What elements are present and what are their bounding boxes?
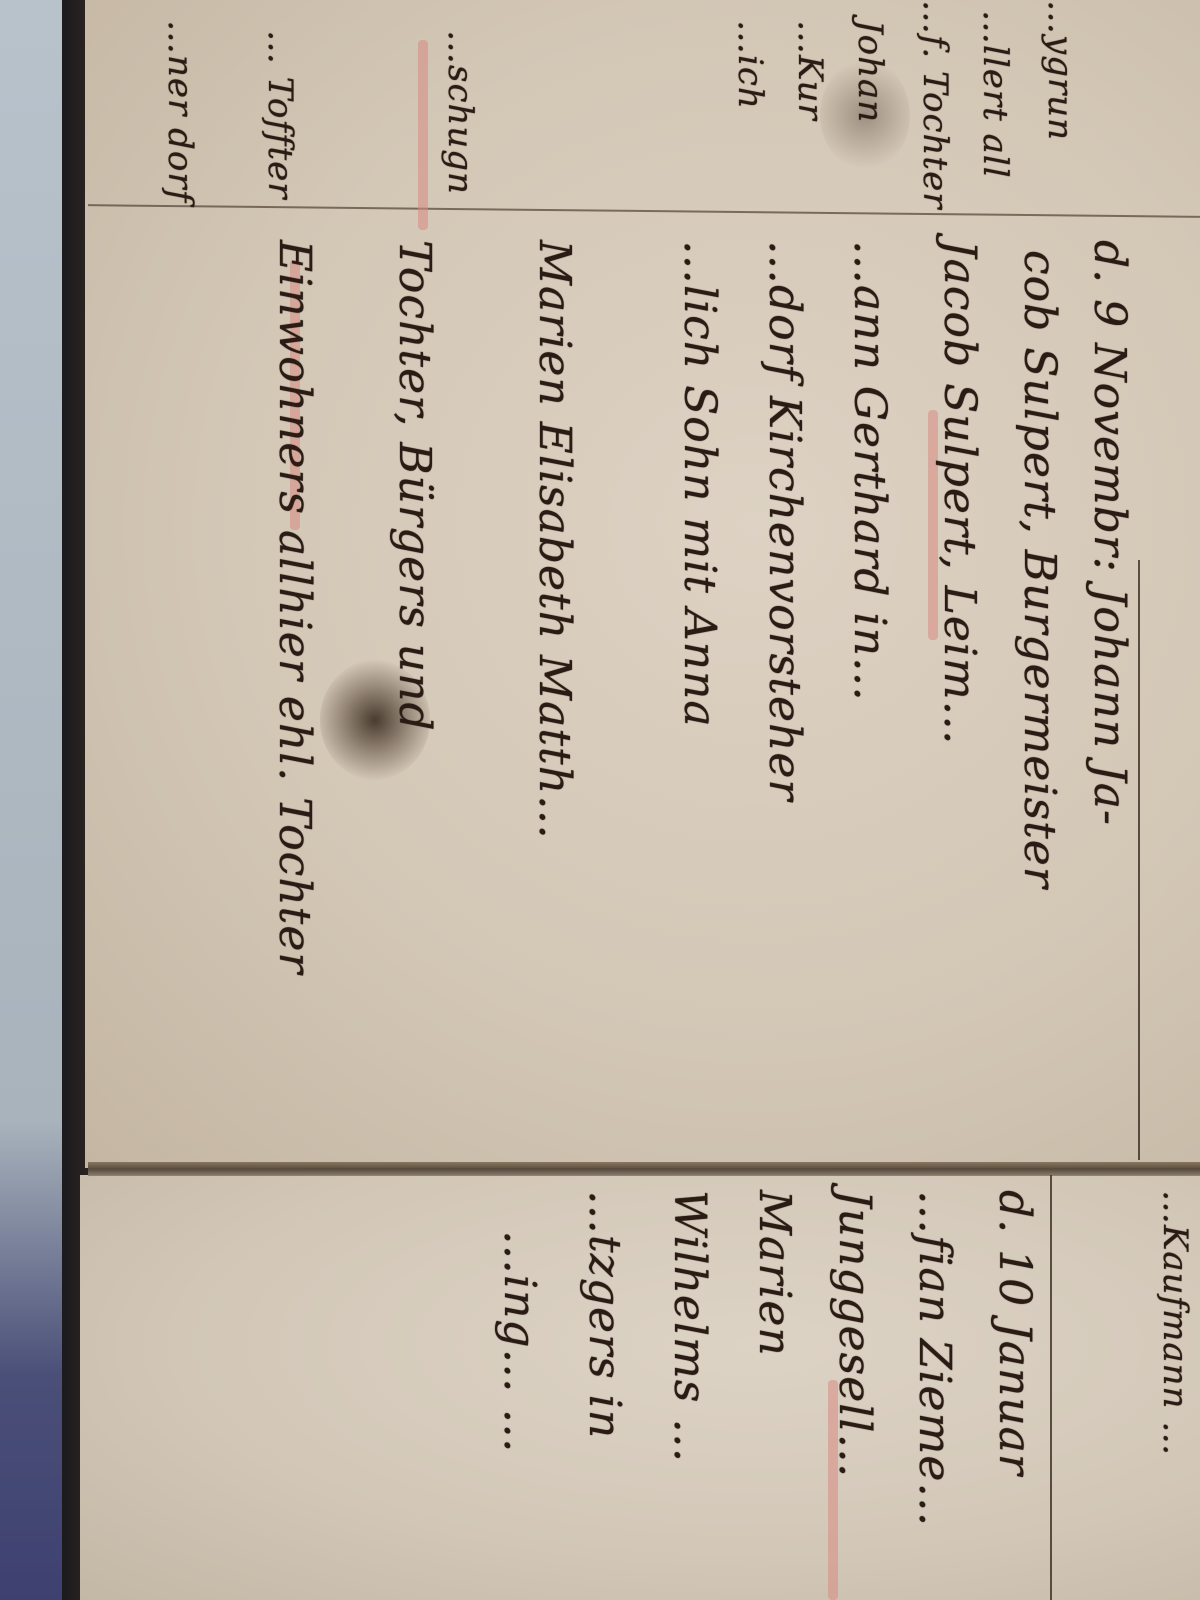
entry-line: cob Sulpert, Burgermeister bbox=[1014, 250, 1065, 889]
entry-line: …ing… … bbox=[494, 1230, 545, 1454]
entry-line: Marien Elisabeth Matth… bbox=[529, 240, 580, 840]
entry-line: Einwohners allhier ehl. Tochter bbox=[269, 240, 320, 974]
right-margin-rule bbox=[1138, 560, 1140, 1160]
header-line: …ygrun bbox=[1040, 0, 1080, 141]
entry-line: …fian Zieme… bbox=[909, 1190, 960, 1527]
entry-line: …tzgers in bbox=[579, 1190, 630, 1439]
header-line: …ner dorf bbox=[160, 20, 200, 203]
entry-line: Marien bbox=[749, 1190, 800, 1357]
header-line: Johan bbox=[850, 20, 890, 123]
entry-line: …lich Sohn mit Anna bbox=[674, 240, 725, 728]
entry-line: Jacob Sulpert, Leim… bbox=[934, 240, 985, 746]
header-line: …f. Tochter bbox=[915, 0, 955, 209]
lower-page-rule bbox=[1050, 1175, 1052, 1600]
margin-note: …Kaufmann … bbox=[1155, 1190, 1195, 1456]
header-line: …schugn bbox=[440, 30, 480, 195]
entry-date-line: d. 10 Januar bbox=[989, 1190, 1040, 1476]
header-line: …llert all bbox=[975, 10, 1015, 179]
entry-date-line: d. 9 Novembr: Johann Ja- bbox=[1084, 240, 1135, 826]
header-line: … Toffter bbox=[260, 30, 300, 200]
header-line: …Kur bbox=[790, 20, 830, 121]
red-underline-mark bbox=[418, 40, 428, 230]
entry-line: Junggesell… bbox=[829, 1190, 880, 1478]
entry-line: …ann Gerthard in… bbox=[844, 240, 895, 702]
entry-line: Tochter, Bürgers und bbox=[389, 240, 440, 732]
page-seam bbox=[88, 1162, 1200, 1176]
entry-line: Wilhelms … bbox=[664, 1190, 715, 1463]
entry-line: …dorf Kirchenvorsteher bbox=[759, 240, 810, 801]
header-line: …ich bbox=[730, 20, 770, 110]
